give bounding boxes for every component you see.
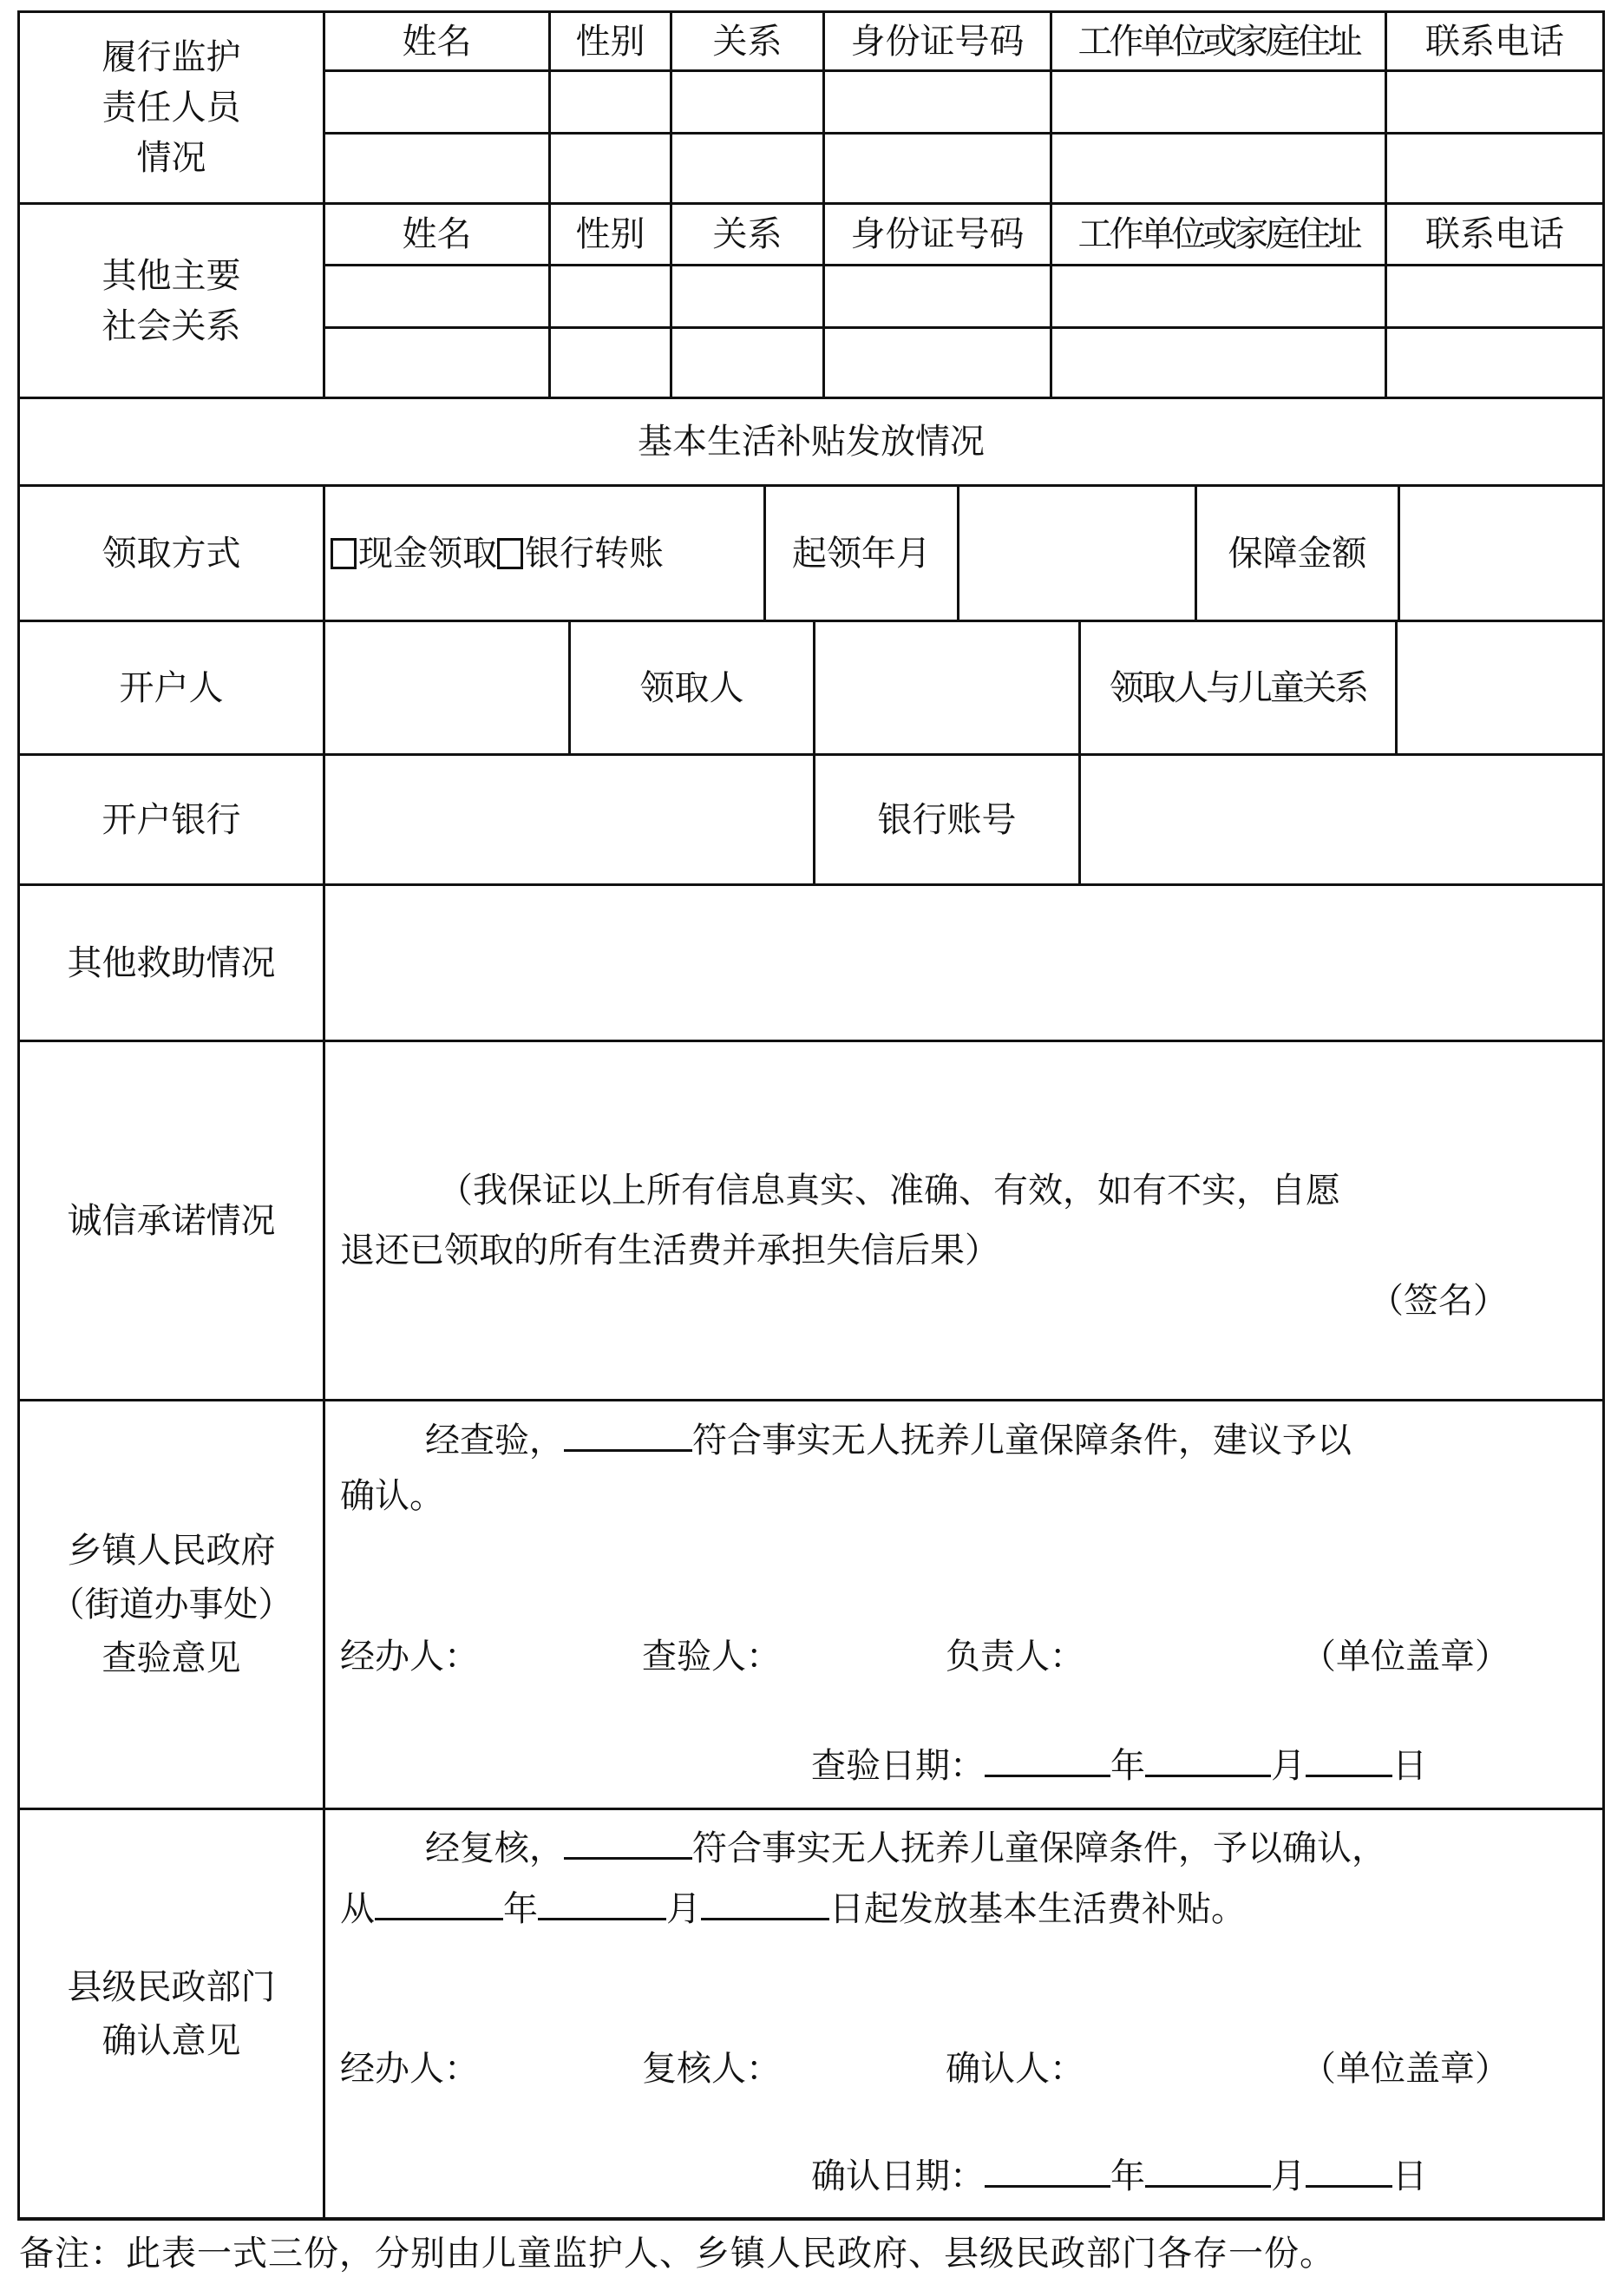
integrity-statement-line1: （我保证以上所有信息真实、准确、有效，如有不实，自愿 bbox=[438, 1165, 1340, 1216]
account-holder-field[interactable] bbox=[325, 622, 568, 753]
header-id-number: 身份证号码 bbox=[825, 13, 1050, 69]
header-id-number: 身份证号码 bbox=[825, 205, 1050, 264]
guardian-row2-id-field[interactable] bbox=[825, 135, 1050, 202]
guardian-row2-relation-field[interactable] bbox=[672, 135, 822, 202]
social-row1-relation-field[interactable] bbox=[672, 266, 822, 326]
other-aid-field[interactable] bbox=[325, 886, 1602, 1040]
start-month-field[interactable] bbox=[959, 487, 1195, 620]
bank-checkbox[interactable] bbox=[497, 538, 523, 569]
header-address: 工作单位或家庭住址 bbox=[1052, 205, 1385, 264]
county-day-blank[interactable] bbox=[1306, 2150, 1392, 2188]
header-phone: 联系电话 bbox=[1387, 13, 1602, 69]
township-handler-label: 经办人： bbox=[340, 1631, 479, 1682]
township-child-name-blank[interactable] bbox=[564, 1414, 692, 1452]
signature-field[interactable] bbox=[1128, 1328, 1596, 1388]
bank-account-label: 银行账号 bbox=[815, 756, 1078, 883]
receiver-relation-field[interactable] bbox=[1398, 622, 1602, 753]
county-seal-label: （单位盖章） bbox=[1301, 2044, 1509, 2094]
receive-method-options: 现金领取 银行转账 bbox=[325, 487, 763, 620]
receiver-field[interactable] bbox=[815, 622, 1078, 753]
subsidy-section-title: 基本生活补贴发放情况 bbox=[20, 399, 1602, 484]
township-statement-line1: 经查验，符合事实无人抚养儿童保障条件，建议予以 bbox=[425, 1414, 1352, 1466]
signature-label: （签名） bbox=[1369, 1276, 1508, 1326]
social-row1-phone-field[interactable] bbox=[1387, 266, 1602, 326]
township-seal-label: （单位盖章） bbox=[1301, 1631, 1509, 1682]
township-month-blank[interactable] bbox=[1145, 1740, 1271, 1777]
start-month-label: 起领年月 bbox=[766, 487, 957, 620]
county-start-year-blank[interactable] bbox=[375, 1883, 503, 1920]
social-row1-id-field[interactable] bbox=[825, 266, 1050, 326]
township-inspector-label: 查验人： bbox=[642, 1631, 781, 1682]
county-child-name-blank[interactable] bbox=[564, 1822, 692, 1860]
header-gender: 性别 bbox=[551, 205, 670, 264]
receiver-label: 领取人 bbox=[571, 622, 813, 753]
bank-option-label: 银行转账 bbox=[525, 529, 664, 578]
header-address: 工作单位或家庭住址 bbox=[1052, 13, 1385, 69]
township-opinion-label: 乡镇人民政府 （街道办事处） 查验意见 bbox=[20, 1401, 323, 1808]
county-month-blank[interactable] bbox=[1145, 2150, 1271, 2188]
guardian-row1-relation-field[interactable] bbox=[672, 72, 822, 132]
township-year-blank[interactable] bbox=[985, 1740, 1110, 1777]
integrity-statement-line2: 退还已领取的所有生活费并承担失信后果） bbox=[340, 1225, 999, 1276]
guardian-row1-id-field[interactable] bbox=[825, 72, 1050, 132]
social-row2-name-field[interactable] bbox=[325, 329, 548, 397]
guardian-row1-gender-field[interactable] bbox=[551, 72, 670, 132]
social-row1-gender-field[interactable] bbox=[551, 266, 670, 326]
guardian-row1-phone-field[interactable] bbox=[1387, 72, 1602, 132]
guardian-row2-address-field[interactable] bbox=[1052, 135, 1385, 202]
county-year-blank[interactable] bbox=[985, 2150, 1110, 2188]
header-gender: 性别 bbox=[551, 13, 670, 69]
township-statement-line2: 确认。 bbox=[340, 1471, 444, 1521]
social-section-label: 其他主要 社会关系 bbox=[20, 205, 323, 397]
receive-method-label: 领取方式 bbox=[20, 487, 323, 620]
receiver-relation-label: 领取人与儿童关系 bbox=[1081, 622, 1395, 753]
county-opinion-label: 县级民政部门 确认意见 bbox=[20, 1810, 323, 2217]
cash-option-label: 现金领取 bbox=[358, 529, 497, 578]
footnote: 备注：此表一式三份，分别由儿童监护人、乡镇人民政府、县级民政部门各存一份。 bbox=[19, 2228, 1335, 2279]
header-relation: 关系 bbox=[672, 13, 822, 69]
township-day-blank[interactable] bbox=[1306, 1740, 1392, 1777]
guardian-section-label: 履行监护 责任人员 情况 bbox=[20, 13, 323, 202]
guardian-row2-name-field[interactable] bbox=[325, 135, 548, 202]
integrity-label: 诚信承诺情况 bbox=[20, 1042, 323, 1399]
social-row2-gender-field[interactable] bbox=[551, 329, 670, 397]
bank-account-field[interactable] bbox=[1081, 756, 1602, 883]
social-row1-address-field[interactable] bbox=[1052, 266, 1385, 326]
amount-field[interactable] bbox=[1400, 487, 1602, 620]
header-phone: 联系电话 bbox=[1387, 205, 1602, 264]
county-handler-label: 经办人： bbox=[340, 2044, 479, 2094]
guardian-row2-phone-field[interactable] bbox=[1387, 135, 1602, 202]
social-row2-address-field[interactable] bbox=[1052, 329, 1385, 397]
amount-label: 保障金额 bbox=[1197, 487, 1398, 620]
county-start-day-blank[interactable] bbox=[701, 1883, 829, 1920]
county-statement-line2: 从年月日起发放基本生活费补贴。 bbox=[340, 1883, 1246, 1934]
county-confirmer-label: 确认人： bbox=[946, 2044, 1084, 2094]
header-name: 姓名 bbox=[325, 205, 548, 264]
guardian-row1-name-field[interactable] bbox=[325, 72, 548, 132]
social-row2-id-field[interactable] bbox=[825, 329, 1050, 397]
other-aid-label: 其他救助情况 bbox=[20, 886, 323, 1040]
header-name: 姓名 bbox=[325, 13, 548, 69]
social-row2-phone-field[interactable] bbox=[1387, 329, 1602, 397]
bank-field[interactable] bbox=[325, 756, 813, 883]
bank-label: 开户银行 bbox=[20, 756, 323, 883]
cash-checkbox[interactable] bbox=[331, 538, 357, 569]
county-reviewer-label: 复核人： bbox=[642, 2044, 781, 2094]
county-start-month-blank[interactable] bbox=[538, 1883, 666, 1920]
county-statement-line1: 经复核，符合事实无人抚养儿童保障条件，予以确认， bbox=[425, 1822, 1386, 1874]
form-page: 履行监护 责任人员 情况 姓名 性别 关系 身份证号码 工作单位或家庭住址 联系… bbox=[0, 0, 1624, 2284]
header-relation: 关系 bbox=[672, 205, 822, 264]
account-holder-label: 开户人 bbox=[20, 622, 323, 753]
guardian-row2-gender-field[interactable] bbox=[551, 135, 670, 202]
social-row1-name-field[interactable] bbox=[325, 266, 548, 326]
township-date-row: 查验日期：年月日 bbox=[811, 1740, 1427, 1791]
social-row2-relation-field[interactable] bbox=[672, 329, 822, 397]
county-date-row: 确认日期：年月日 bbox=[811, 2150, 1427, 2202]
township-responsible-label: 负责人： bbox=[946, 1631, 1084, 1682]
guardian-row1-address-field[interactable] bbox=[1052, 72, 1385, 132]
